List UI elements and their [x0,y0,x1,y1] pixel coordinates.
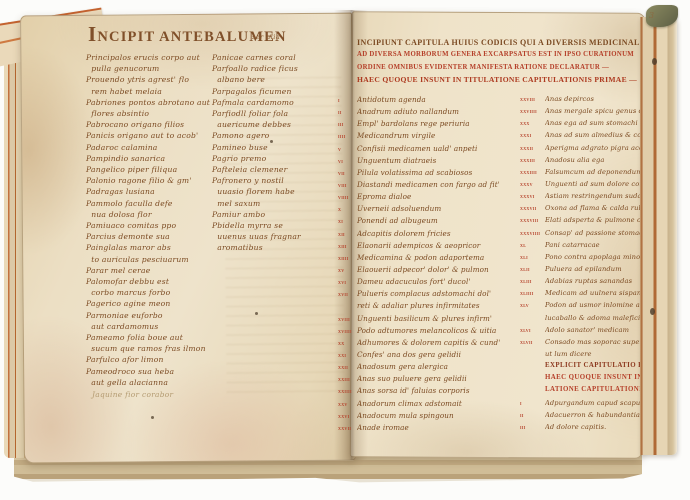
capitula-row: XXXVIIII Consap' ad passione stomachi [520,229,640,241]
chapter-title: LATIONE CAPITULATIONIS SECUND' [545,386,640,393]
capitula-row: XXV Anadorum climax adstomait [338,399,520,411]
chapter-title: lucaballo & adoma maleficia [545,314,640,322]
chapter-title: Antidotum agenda [357,95,520,104]
chapter-title: Adabias ruptas sanandas [545,277,640,285]
chapter-title: Puluera ad epilandum [545,265,640,273]
chapter-title: Aperigma adgrato pigra accipiend' [545,144,640,152]
capitula-row: VII Pilula volatissima ad scabiosos [338,168,520,180]
incipit-title-note: ser alia [252,33,280,41]
chapter-title: Pulueris complacus adstomachi dol' [357,289,520,298]
chapter-numeral: XVIII [338,316,357,323]
capitula-row: XXXIIII Falsumcum ad deponendum [520,168,640,180]
chapter-title: Unguenti ad sum dolore corporis [545,180,640,188]
chapter-title: Anade iromae [357,423,520,432]
herb-list-line: Padaroc calamina [86,142,216,153]
herb-list-line: corbo marcus forbo [86,287,216,298]
herb-list-line: aut cardamomus [86,321,216,332]
chapter-title: Unguenti basilicum & plures infirm' [357,314,520,323]
capitula-row: LATIONE CAPITULATIONIS SECUND' [520,386,640,398]
capitula-row: XVIII Unguenti basilicum & plures infirm… [338,314,520,326]
herb-list-column-2: Panicae carnes coralParfoallo radice fic… [212,52,340,254]
capitula-heading-line: HAEC QUOQUE INSUNT IN TITULATIONE CAPITU… [357,74,639,86]
chapter-numeral: XL [520,242,545,249]
chapter-numeral: XXXVIIII [520,230,545,237]
herb-list-column-1: Principalos erucis corpo aut pulla genuc… [86,52,216,388]
capitula-column-1: I Antidotum agenda II Anadrum adiuto nal… [338,95,520,435]
capitula-row: I Antidotum agenda [338,95,520,107]
capitula-row: XIII Elaonarii adempicos & aeopricor [338,241,520,253]
capitula-column-2: XXVIII Anas depircos XXVIIII Anas mergal… [520,95,640,435]
clasp-mark [650,308,655,315]
chapter-title: Anadorum climax adstomait [357,399,520,408]
chapter-title: Medicam ad uulnera sispandum [545,289,640,297]
herb-list-line: mel saxum [212,198,340,209]
chapter-numeral: XVIIII [338,328,357,335]
capitula-row: IIII Medicandrum virgile [338,131,520,143]
chapter-numeral: VIIII [338,194,357,201]
herb-list-line: Palomofar debbu est [86,276,216,287]
herb-list-line: Palonio ragone filio & gm' [86,175,216,186]
chapter-title: Anas suo puluere gera gelidii [357,374,520,383]
herb-list-line: Pbidella myrra se [212,220,340,231]
herb-list-line: Pafmala cardamomo [212,97,340,108]
chapter-title: Confes' ana dos gera gelidii [357,350,520,359]
herb-list-line: to auriculas pesciuarum [86,254,216,265]
herb-list-line: Pagerico agine meon [86,298,216,309]
chapter-title: Anas ega ad sum stomachi dolore diun [545,119,640,127]
herb-list-line: aut gella alacianna [86,377,216,388]
herb-list-line: Pammolo faculla defe [86,198,216,209]
chapter-numeral: VII [338,170,357,177]
chapter-title: Eproma dialoe [357,192,520,201]
capitula-row: XVI Dameu adacuculos fort' ducol' [338,277,520,289]
capitula-row: HAEC QUOQUE INSUNT INTITU [520,374,640,386]
chapter-title: Anas ad sum almedius & confou unde ege [545,131,640,139]
chapter-title: Consado mas soporac super [545,338,640,346]
chapter-title: Adhumores & dolorem capitis & cund' [357,338,520,347]
chapter-numeral: XXXI [520,132,545,139]
chapter-title: Confisii medicamen uald' anpeti [357,144,520,153]
wormhole [151,416,154,419]
chapter-numeral: XXVIII [520,96,545,103]
capitula-row: XXII Anadosum gera alergica [338,362,520,374]
chapter-numeral: XXXV [520,181,545,188]
chapter-title: Adolo sanator' medicam [545,326,640,334]
capitula-row: XXVIIII Anas mergale spicu genus dune [520,107,640,119]
chapter-numeral: XX [338,340,357,347]
herb-list-line: rem habet melaia [86,86,216,97]
capitula-row: XXVIII Anas depircos [520,95,640,107]
capitula-heading-line: AD DIVERSA MORBORUM GENERA EXCARPSATUS E… [357,49,639,61]
chapter-numeral: XXXVII [520,205,545,212]
chapter-numeral: I [338,97,357,104]
chapter-title: Elaouerii adpecor' dolor' & pulmon [357,265,520,274]
chapter-numeral: XXVI [338,413,357,420]
herb-list-line: Pabrocano origano filios [86,119,216,130]
chapter-numeral: XXII [338,364,357,371]
capitula-row: III Ad dolore capitis. [520,423,640,435]
herb-list-line: albano bere [212,74,340,85]
chapter-numeral: III [520,424,545,431]
capitula-row: XXXVI Astiam restringendum suda [520,192,640,204]
chapter-numeral: XXIIII [338,388,357,395]
chapter-numeral: X [338,206,357,213]
capitula-row: XXXIII Anadosu alia ega [520,156,640,168]
capitula-row: XXIIII Anas sorsa id' faluias corporis [338,386,520,398]
herb-list-line: Parpagalos ficumen [212,86,340,97]
chapter-numeral: XLIIII [520,290,545,297]
chapter-numeral: XXX [520,120,545,127]
chapter-numeral: XXXVI [520,193,545,200]
chapter-numeral: XLVII [520,339,545,346]
herb-list-line: Pameamo folia boue aut [86,332,216,343]
chapter-title: Pani catarracae [545,241,640,249]
chapter-numeral: II [338,109,357,116]
capitula-row: XXX Anas ega ad sum stomachi dolore diun [520,119,640,131]
herb-list-line: Pamineo buse [212,142,340,153]
capitula-row: reti & adaliar plures infirmitates [338,301,520,313]
herb-list-line: Parcius demonte sua [86,231,216,242]
chapter-title: Consap' ad passione stomachi [545,229,640,237]
capitula-heading-line: ORDINE OMNIBUS EVIDENTER MANIFESTA RATIO… [357,62,639,74]
capitula-row: XXXVIII Elati adsperta & pulmone curand' [520,216,640,228]
chapter-numeral: XIIII [338,255,357,262]
chapter-numeral: XIII [338,243,357,250]
herb-list-line: Painglalas maror abs [86,242,216,253]
chapter-numeral: XI [338,218,357,225]
chapter-numeral: XV [338,267,357,274]
capitula-row: XLIII Adabias ruptas sanandas [520,277,640,289]
herb-list-line: auericume debbes [212,119,340,130]
chapter-title: Pilula volatissima ad scabiosos [357,168,520,177]
capitula-row: XLIIII Medicam ad uulnera sispandum [520,289,640,301]
capitula-row: X Uverneii adsoluendum [338,204,520,216]
chapter-numeral: XXXIIII [520,169,545,176]
herb-list-line: nua dolosa flor [86,209,216,220]
chapter-title: Pono contra apoplaga minore [545,253,640,261]
chapter-numeral: XLI [520,254,545,261]
chapter-title: Anadosum gera alergica [357,362,520,371]
capitula-row: XLVI Adolo sanator' medicam [520,326,640,338]
herb-list-line: sucum que ramos fras ilmon [86,343,216,354]
chapter-title: Podo adtumores melancolicos & uitia [357,326,520,335]
chapter-title: Anas sorsa id' faluias corporis [357,386,520,395]
herb-list-line: Parmoniae euforbo [86,310,216,321]
capitula-row: XXVII Anade iromae [338,423,520,435]
capitula-row: XII Adcapitis dolorem fricies [338,229,520,241]
herb-list-line: Panicis origano aut to acob' [86,130,216,141]
herb-list-line: pulla genucorum [86,63,216,74]
capitula-row: XLII Puluera ad epilandum [520,265,640,277]
chapter-title: Anadosu alia ega [545,156,640,164]
chapter-title: Falsumcum ad deponendum [545,168,640,176]
capitula-row: I Adpurgandum capud scapud [520,399,640,411]
herb-list-line: Principalos erucis corpo aut [86,52,216,63]
herb-list-line: Pangelico piper filiqua [86,164,216,175]
chapter-numeral: XII [338,231,357,238]
folio-number: 3 [649,11,654,20]
herb-list-line: Parfulco afor limon [86,354,216,365]
chapter-numeral: XLV [520,302,545,309]
capitula-row: ut lum dicere [520,350,640,362]
capitula-row: XX Adhumores & dolorem capitis & cund' [338,338,520,350]
chapter-title: Astiam restringendum suda [545,192,640,200]
capitula-heading: INCIPIUNT CAPITULA HUIUS CODICIS QUI A D… [357,37,639,87]
capitula-row: VIII Diastandi medicamen con fargo ad fi… [338,180,520,192]
capitula-row: XI Ponendi ad albugeum [338,216,520,228]
capitula-row: XV Elaouerii adpecor' dolor' & pulmon [338,265,520,277]
herb-list-line: Pafteleia clemener [212,164,340,175]
herb-list-line: Parfiodll foliar fola [212,108,340,119]
chapter-numeral: V [338,146,357,153]
capitula-row: VIIII Eproma dialoe [338,192,520,204]
capitula-heading-line: INCIPIUNT CAPITULA HUIUS CODICIS QUI A D… [357,37,639,49]
chapter-title: Adacuerron & habundantia humor' [545,411,640,419]
chapter-numeral: XVII [338,291,357,298]
chapter-title: Ponendi ad albugeum [357,216,520,225]
capitula-row: EXPLICIT CAPITULATIO PRIMA [520,362,640,374]
chapter-numeral: XXVII [338,425,357,432]
capitula-row: XLI Pono contra apoplaga minore [520,253,640,265]
capitula-row: XXXVII Oxona ad flama & calda ruberisol [520,204,640,216]
herb-list-line: Pafronero y nostil [212,175,340,186]
chapter-title: Empl' bardolans rege periuria [357,119,520,128]
chapter-title: Elaonarii adempicos & aeopricor [357,241,520,250]
herb-list-line: aromatibus [212,242,340,253]
chapter-title: Medicandrum virgile [357,131,520,140]
herb-list-line: Pabriones pontos abrotano aut [86,97,216,108]
capitula-row: XXI Confes' ana dos gera gelidii [338,350,520,362]
chapter-numeral: XXXVIII [520,217,545,224]
chapter-title: Unguentum diatraeis [357,156,520,165]
herb-list-line: flores absintio [86,108,216,119]
capitula-row: XVIIII Podo adtumores melancolicos & uit… [338,326,520,338]
chapter-title: Medicamina & podon adaportema [357,253,520,262]
capitula-row: II Anadrum adiuto nallandum [338,107,520,119]
chapter-title: HAEC QUOQUE INSUNT INTITU [545,374,640,381]
chapter-numeral: IIII [338,133,357,140]
chapter-numeral: I [520,400,545,407]
herb-list-line: Pampindio sanarica [86,153,216,164]
chapter-numeral: XXI [338,352,357,359]
herb-list-line: Panicae carnes coral [212,52,340,63]
chapter-title: Adcapitis dolorem fricies [357,229,520,238]
capitula-row: III Empl' bardolans rege periuria [338,119,520,131]
herb-list-line: Pamiuaco comitas ppo [86,220,216,231]
chapter-title: Dameu adacuculos fort' ducol' [357,277,520,286]
chapter-numeral: XVI [338,279,357,286]
chapter-numeral: III [338,121,357,128]
chapter-title: Podon ad usmor inlomine accedidor [545,301,640,309]
capitula-row: II Adacuerron & habundantia humor' [520,411,640,423]
herb-list-line: uuenus uuas fragnar [212,231,340,242]
chapter-numeral: XLIII [520,278,545,285]
chapter-title: Ad dolore capitis. [545,423,640,431]
chapter-numeral: XLII [520,266,545,273]
wormhole [255,312,258,315]
capitula-row: XXXI Anas ad sum almedius & confou unde … [520,131,640,143]
chapter-title: Anas mergale spicu genus dune [545,107,640,115]
herb-list-line: Pameodroco sua heba [86,366,216,377]
capitula-row: lucaballo & adoma maleficia [520,314,640,326]
chapter-title: reti & adaliar plures infirmitates [357,301,520,310]
chapter-title: Diastandi medicamen con fargo ad fit' [357,180,520,189]
chapter-title: Oxona ad flama & calda ruberisol [545,204,640,212]
chapter-title: Adpurgandum capud scapud [545,399,640,407]
herb-list-line: Pagrio premo [212,153,340,164]
herb-list-line: Parar mel cerae [86,265,216,276]
chapter-title: Anas depircos [545,95,640,103]
faded-last-line: Jaquine fior corabor [92,390,173,399]
chapter-title: EXPLICIT CAPITULATIO PRIMA [545,362,640,369]
capitula-row: XLV Podon ad usmor inlomine accedidor [520,301,640,313]
herb-list-line: Prouendo ytris agrest' flo [86,74,216,85]
chapter-numeral: XXV [338,401,357,408]
capitula-row: V Confisii medicamen uald' anpeti [338,144,520,156]
herb-list-line: Parfoallo radice ficus [212,63,340,74]
chapter-numeral: XLVI [520,327,545,334]
herb-list-line: Pamiur ambo [212,209,340,220]
chapter-title: Elati adsperta & pulmone curand' [545,216,640,224]
chapter-numeral: VI [338,158,357,165]
herb-list-line: Padragas lusiana [86,186,216,197]
capitula-row: XL Pani catarracae [520,241,640,253]
herb-list-line: uuasio florem habe [212,186,340,197]
capitula-row: VI Unguentum diatraeis [338,156,520,168]
chapter-numeral: XXIII [338,376,357,383]
capitula-row: XXXII Aperigma adgrato pigra accipiend' [520,144,640,156]
chapter-numeral: II [520,412,545,419]
chapter-title: Anadrum adiuto nallandum [357,107,520,116]
capitula-row: XXVI Anadocum mula spingoun [338,411,520,423]
capitula-row: XXXV Unguenti ad sum dolore corporis [520,180,640,192]
chapter-title: Anadocum mula spingoun [357,411,520,420]
chapter-numeral: XXXIII [520,157,545,164]
capitula-row: XIIII Medicamina & podon adaportema [338,253,520,265]
chapter-numeral: XXVIIII [520,108,545,115]
herb-list-line: Pamono agero [212,130,340,141]
capitula-row: XLVII Consado mas soporac super [520,338,640,350]
capitula-row: XVII Pulueris complacus adstomachi dol' [338,289,520,301]
chapter-numeral: XXXII [520,145,545,152]
chapter-title: ut lum dicere [545,350,640,358]
fore-edge [640,17,677,455]
chapter-numeral: VIII [338,182,357,189]
capitula-row: XXIII Anas suo puluere gera gelidii [338,374,520,386]
chapter-title: Uverneii adsoluendum [357,204,520,213]
clasp-mark [652,58,657,65]
manuscript-photo: INCIPIT ANTEBALUMEN ser alia Principalos… [0,0,690,500]
